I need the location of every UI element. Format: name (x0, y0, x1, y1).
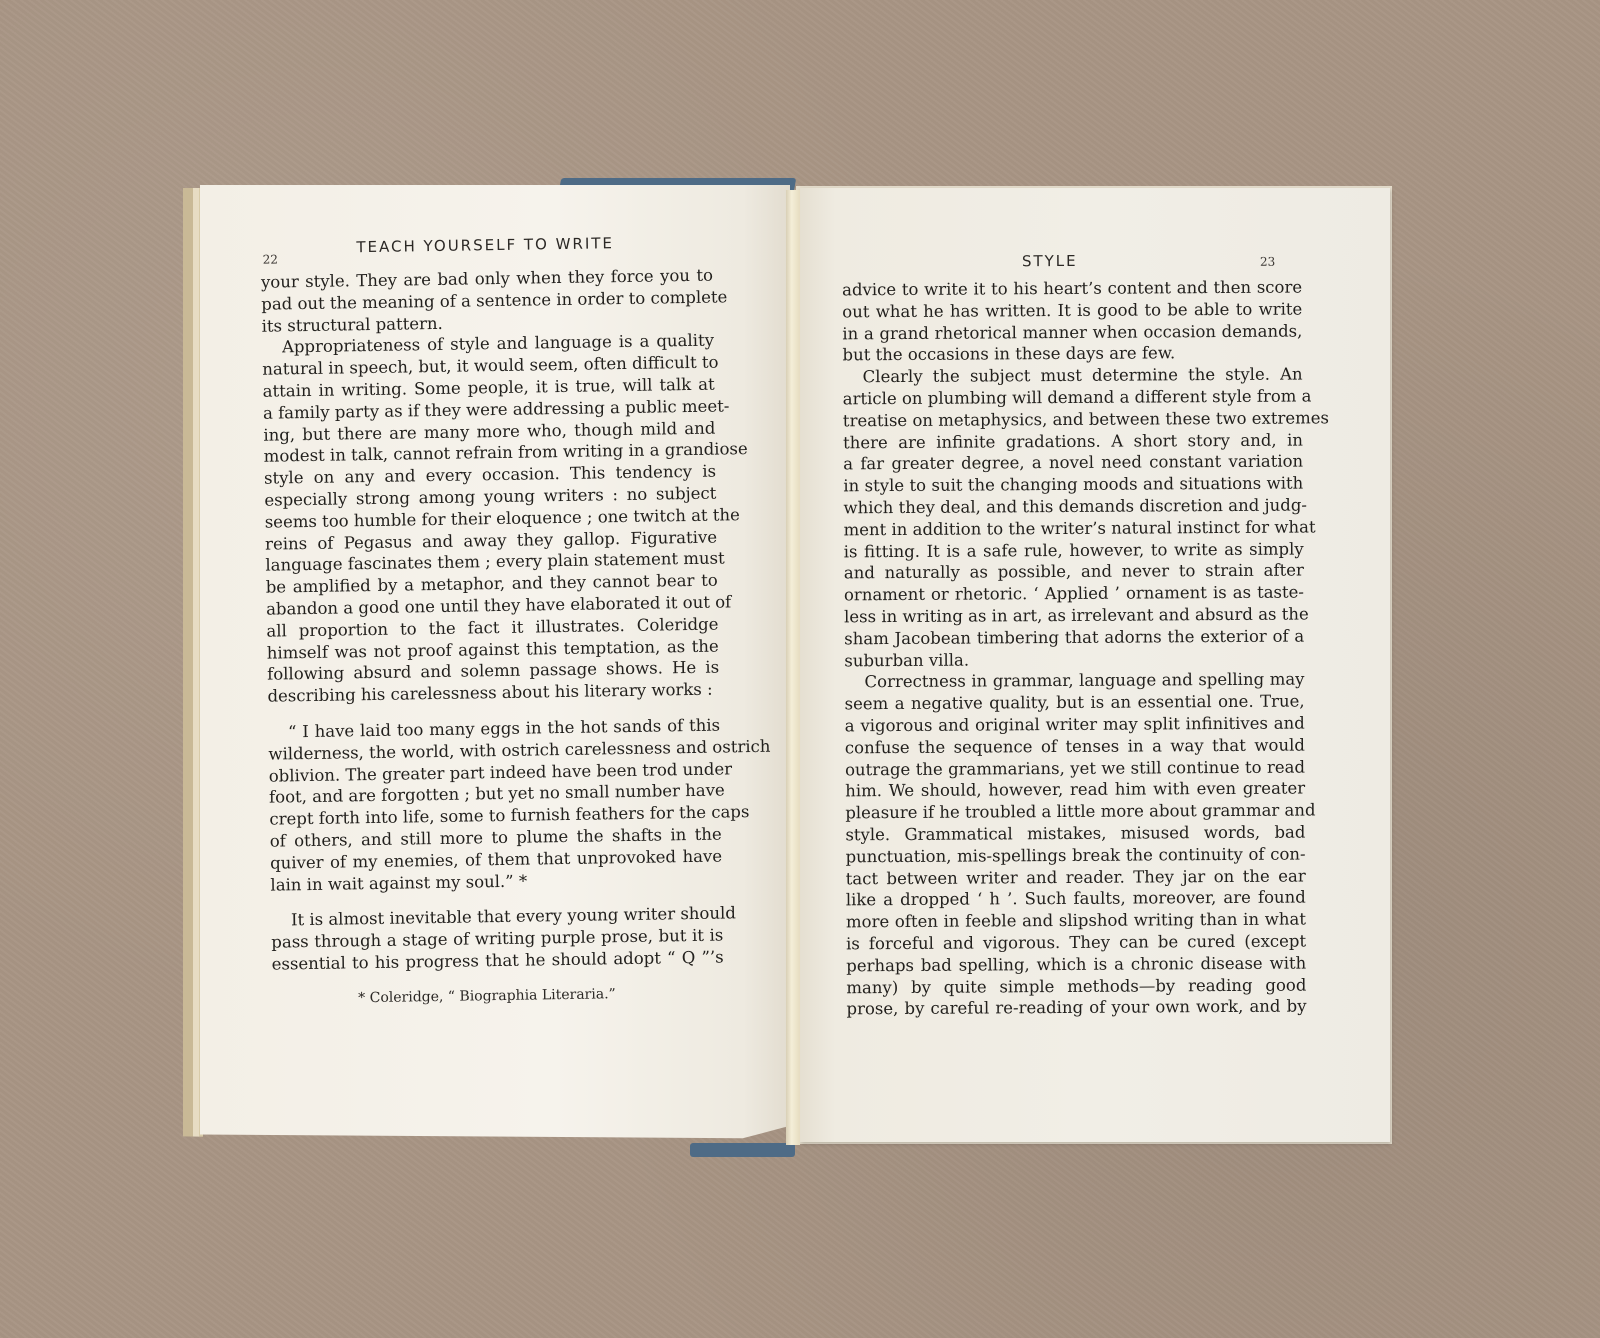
text-line: perhaps bad spelling, which is a chronic… (846, 952, 1306, 977)
text-line: less in writing as in art, as irrelevant… (844, 603, 1304, 628)
right-running-head: STYLE (1022, 252, 1078, 270)
text-line: outrage the grammarians, yet we still co… (845, 756, 1305, 781)
text-line: advice to write it to his heart’s conten… (842, 277, 1302, 302)
text-line: prose, by careful re-reading of your own… (846, 996, 1306, 1021)
text-line: treatise on metaphysics, and between the… (843, 407, 1303, 432)
text-line: in a grand rhetorical manner when occasi… (842, 320, 1302, 345)
text-line: tact between writer and reader. They jar… (846, 865, 1306, 890)
text-line: style. Grammatical mistakes, misused wor… (845, 821, 1305, 846)
text-line: seem a negative quality, but is an essen… (845, 691, 1305, 716)
text-line: out what he has written. It is good to b… (842, 298, 1302, 323)
right-body-text: advice to write it to his heart’s conten… (842, 277, 1307, 1021)
text-line: a far greater degree, a novel need const… (843, 451, 1303, 476)
text-line: him. We should, however, read him with e… (845, 778, 1305, 803)
text-line: Clearly the subject must determine the s… (843, 364, 1303, 389)
text-line: and naturally as possible, and never to … (844, 560, 1304, 585)
open-book: 22 TEACH YOURSELF TO WRITE your style. T… (0, 0, 1600, 1338)
text-line: suburban villa. (844, 647, 1304, 672)
text-line: punctuation, mis-spellings break the con… (845, 843, 1305, 868)
text-line: but the occasions in these days are few. (842, 342, 1302, 367)
text-line: in style to suit the changing moods and … (843, 473, 1303, 498)
text-line: is fitting. It is a safe rule, however, … (844, 538, 1304, 563)
text-line: sham Jacobean timbering that adorns the … (844, 625, 1304, 650)
text-line: there are infinite gradations. A short s… (843, 429, 1303, 454)
text-line: which they deal, and this demands discre… (843, 494, 1303, 519)
text-line: Correctness in grammar, language and spe… (844, 669, 1304, 694)
right-page-number: 23 (1260, 255, 1275, 269)
text-line: article on plumbing will demand a differ… (843, 385, 1303, 410)
text-line: confuse the sequence of tenses in a way … (845, 734, 1305, 759)
text-line: ornament or rhetoric. ‘ Applied ’ orname… (844, 582, 1304, 607)
text-line: pleasure if he troubled a little more ab… (845, 800, 1305, 825)
text-line: is forceful and vigorous. They can be cu… (846, 930, 1306, 955)
right-page-content: STYLE 23 advice to write it to his heart… (0, 0, 1600, 1338)
text-line: like a dropped ‘ h ’. Such faults, moreo… (846, 887, 1306, 912)
text-line: many) by quite simple methods—by reading… (846, 974, 1306, 999)
text-line: a vigorous and original writer may split… (845, 712, 1305, 737)
text-line: ment in addition to the writer’s natural… (844, 516, 1304, 541)
text-line: more often in feeble and slipshod writin… (846, 909, 1306, 934)
